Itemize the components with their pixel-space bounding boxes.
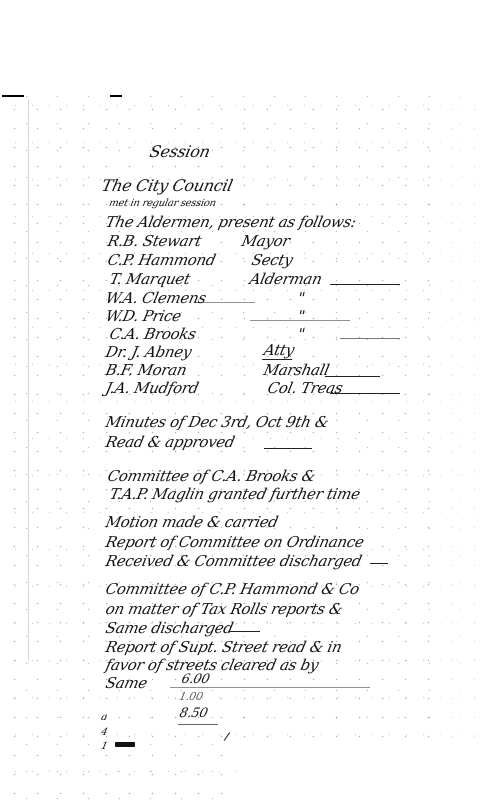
amount: 8.50 — [178, 706, 209, 721]
line-aldermen-present: The Aldermen, present as follows: — [104, 213, 358, 231]
line-received-discharged: Received & Committee discharged — [104, 552, 363, 570]
line-committee-brooks: Committee of C.A. Brooks & — [106, 467, 317, 485]
line-same-discharged: Same discharged — [104, 619, 235, 637]
roll-role: Marshall — [262, 361, 331, 379]
scan-edge-mark-left — [2, 95, 24, 97]
roll-name: R.B. Stewart — [106, 232, 203, 250]
roll-role: Alderman — [248, 270, 324, 288]
line-motion: Motion made & carried — [104, 513, 280, 531]
line-city-council: The City Council — [100, 176, 234, 195]
scanned-document-page: Session The City Council met in regular … — [0, 0, 486, 800]
roll-role: Secty — [250, 251, 294, 269]
roll-name: W.A. Clemens — [104, 289, 208, 307]
amount: 6.00 — [180, 672, 211, 687]
roll-name: Dr. J. Abney — [104, 343, 193, 361]
roll-name: J.A. Mudford — [104, 379, 200, 397]
roll-name: W.D. Price — [104, 307, 183, 325]
heading: Session — [148, 142, 212, 161]
roll-name: B.F. Moran — [104, 361, 188, 379]
line-granted-time: T.A.P. Maglin granted further time — [108, 485, 362, 503]
roll-name: T. Marquet — [108, 270, 192, 288]
line-report-street: Report of Supt. Street read & in — [104, 638, 343, 656]
roll-role: Col. Treas — [266, 379, 344, 397]
line-committee-hammond: Committee of C.P. Hammond & Co — [104, 580, 361, 598]
line-regular-session: met in regular session — [108, 198, 217, 209]
line-read-approved: Read & approved — [104, 433, 236, 451]
scan-edge-mark-right — [110, 95, 122, 97]
scan-noise — [0, 0, 486, 800]
amount: 1.00 — [178, 690, 204, 703]
line-tax-rolls: on matter of Tax Rolls reports & — [104, 600, 344, 618]
line-streets-cleared: favor of streets cleared as by — [104, 656, 320, 674]
roll-role: Mayor — [240, 232, 291, 250]
roll-role: Atty — [262, 341, 296, 360]
line-same: Same — [104, 674, 149, 692]
line-report-committee: Report of Committee on Ordinance — [104, 533, 366, 551]
roll-name: C.P. Hammond — [106, 251, 217, 269]
roll-name: C.A. Brooks — [108, 325, 198, 343]
line-minutes: Minutes of Dec 3rd, Oct 9th & — [104, 413, 330, 431]
ink-blot — [115, 742, 135, 747]
